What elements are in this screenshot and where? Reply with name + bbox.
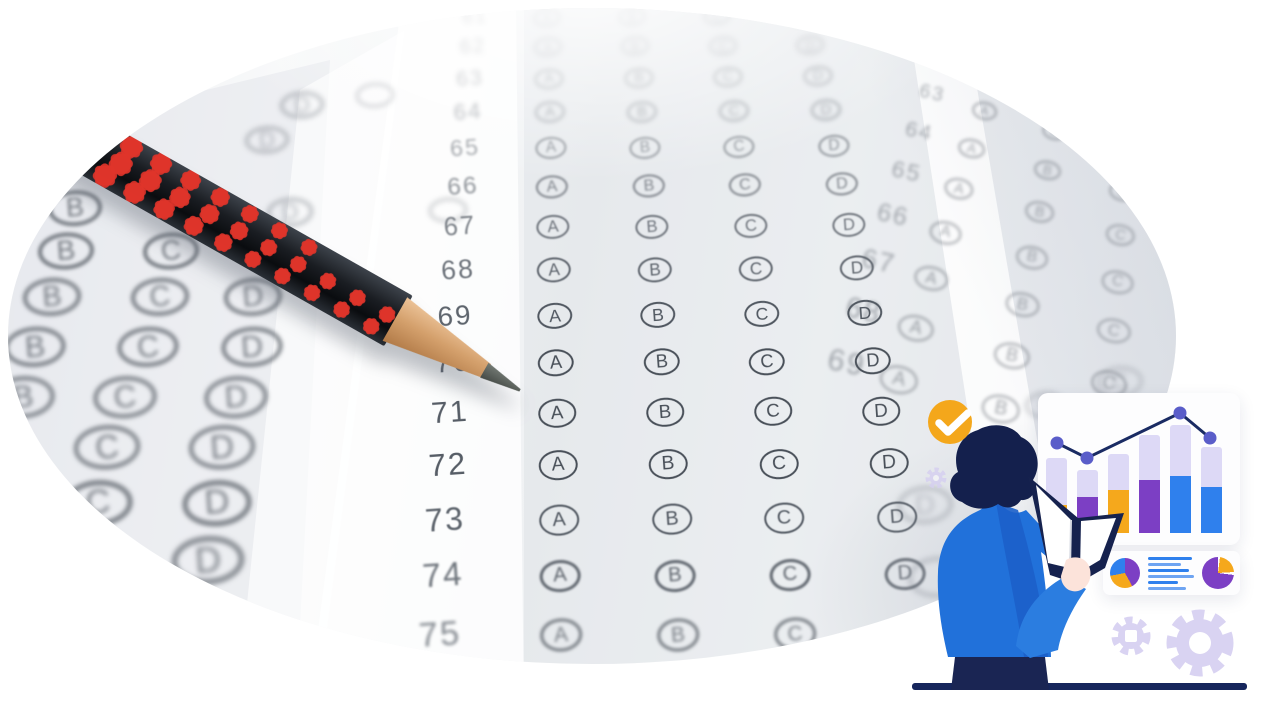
answer-bubble: C — [188, 48, 232, 77]
analyst-illustration — [900, 380, 1280, 720]
question-number: 62 — [929, 45, 957, 70]
answer-bubble: B — [1003, 290, 1041, 321]
answer-bubble: B — [1040, 119, 1068, 141]
answer-bubble: C — [1113, 102, 1138, 122]
question-number: 65 — [889, 156, 924, 189]
question-number: 69 — [825, 341, 870, 384]
question-number: 66 — [874, 198, 911, 233]
gear-icon-small-top — [928, 470, 944, 486]
answer-bubble: C — [1108, 179, 1138, 204]
answer-bubble: B — [1032, 158, 1062, 183]
answer-bubble: A — [943, 176, 976, 203]
answer-bubble: D — [274, 19, 316, 47]
question-number: 63 — [917, 79, 947, 107]
question-number: 63 — [455, 66, 484, 92]
answer-bubble: C — [1111, 139, 1139, 161]
check-badge — [928, 400, 972, 444]
question-number: 75 — [418, 614, 463, 656]
question-number: 64 — [903, 116, 936, 146]
question-number: 74 — [421, 556, 465, 597]
answer-bubble: B — [992, 339, 1033, 372]
answer-bubble: A — [895, 311, 936, 344]
answer-bubble: C — [1100, 268, 1136, 297]
answer-bubble: A — [912, 263, 950, 294]
question-number: 61 — [462, 8, 489, 30]
question-number: 73 — [424, 500, 466, 540]
answer-bubble: B — [1014, 243, 1050, 272]
person-legs — [951, 657, 1049, 690]
question-number: 71 — [430, 395, 470, 432]
question-number: 67 — [443, 212, 477, 243]
answer-bubble: B — [1048, 83, 1073, 103]
gear-icon-small — [1116, 621, 1146, 651]
answer-bubble: A — [983, 65, 1008, 85]
answer-bubble: B — [109, 81, 151, 109]
question-number: 62 — [459, 35, 487, 60]
answer-bubble: C — [1104, 222, 1137, 249]
question-number: 66 — [446, 172, 479, 202]
question-number: 72 — [427, 446, 468, 485]
answer-bubble: C — [1094, 316, 1132, 347]
pencil-graphite-tip — [480, 363, 524, 398]
answer-bubble: A — [928, 218, 964, 247]
answer-bubble: B — [1023, 199, 1056, 226]
question-number: 67 — [859, 243, 899, 280]
answer-bubble: A — [970, 99, 998, 121]
question-number: 64 — [452, 98, 483, 126]
question-number: 65 — [449, 134, 481, 163]
gear-icon-large — [1173, 616, 1227, 670]
scene: BCDDDD BBCBCDBCDBCDCDCDCDD 61ABCD62ABCD6… — [0, 0, 1280, 720]
check-badge-circle — [928, 400, 972, 444]
person-hand — [1061, 557, 1091, 591]
question-number: 68 — [440, 254, 476, 287]
question-number: 68 — [842, 291, 884, 331]
answer-bubble: A — [957, 136, 987, 161]
question-number: 61 — [941, 14, 966, 36]
